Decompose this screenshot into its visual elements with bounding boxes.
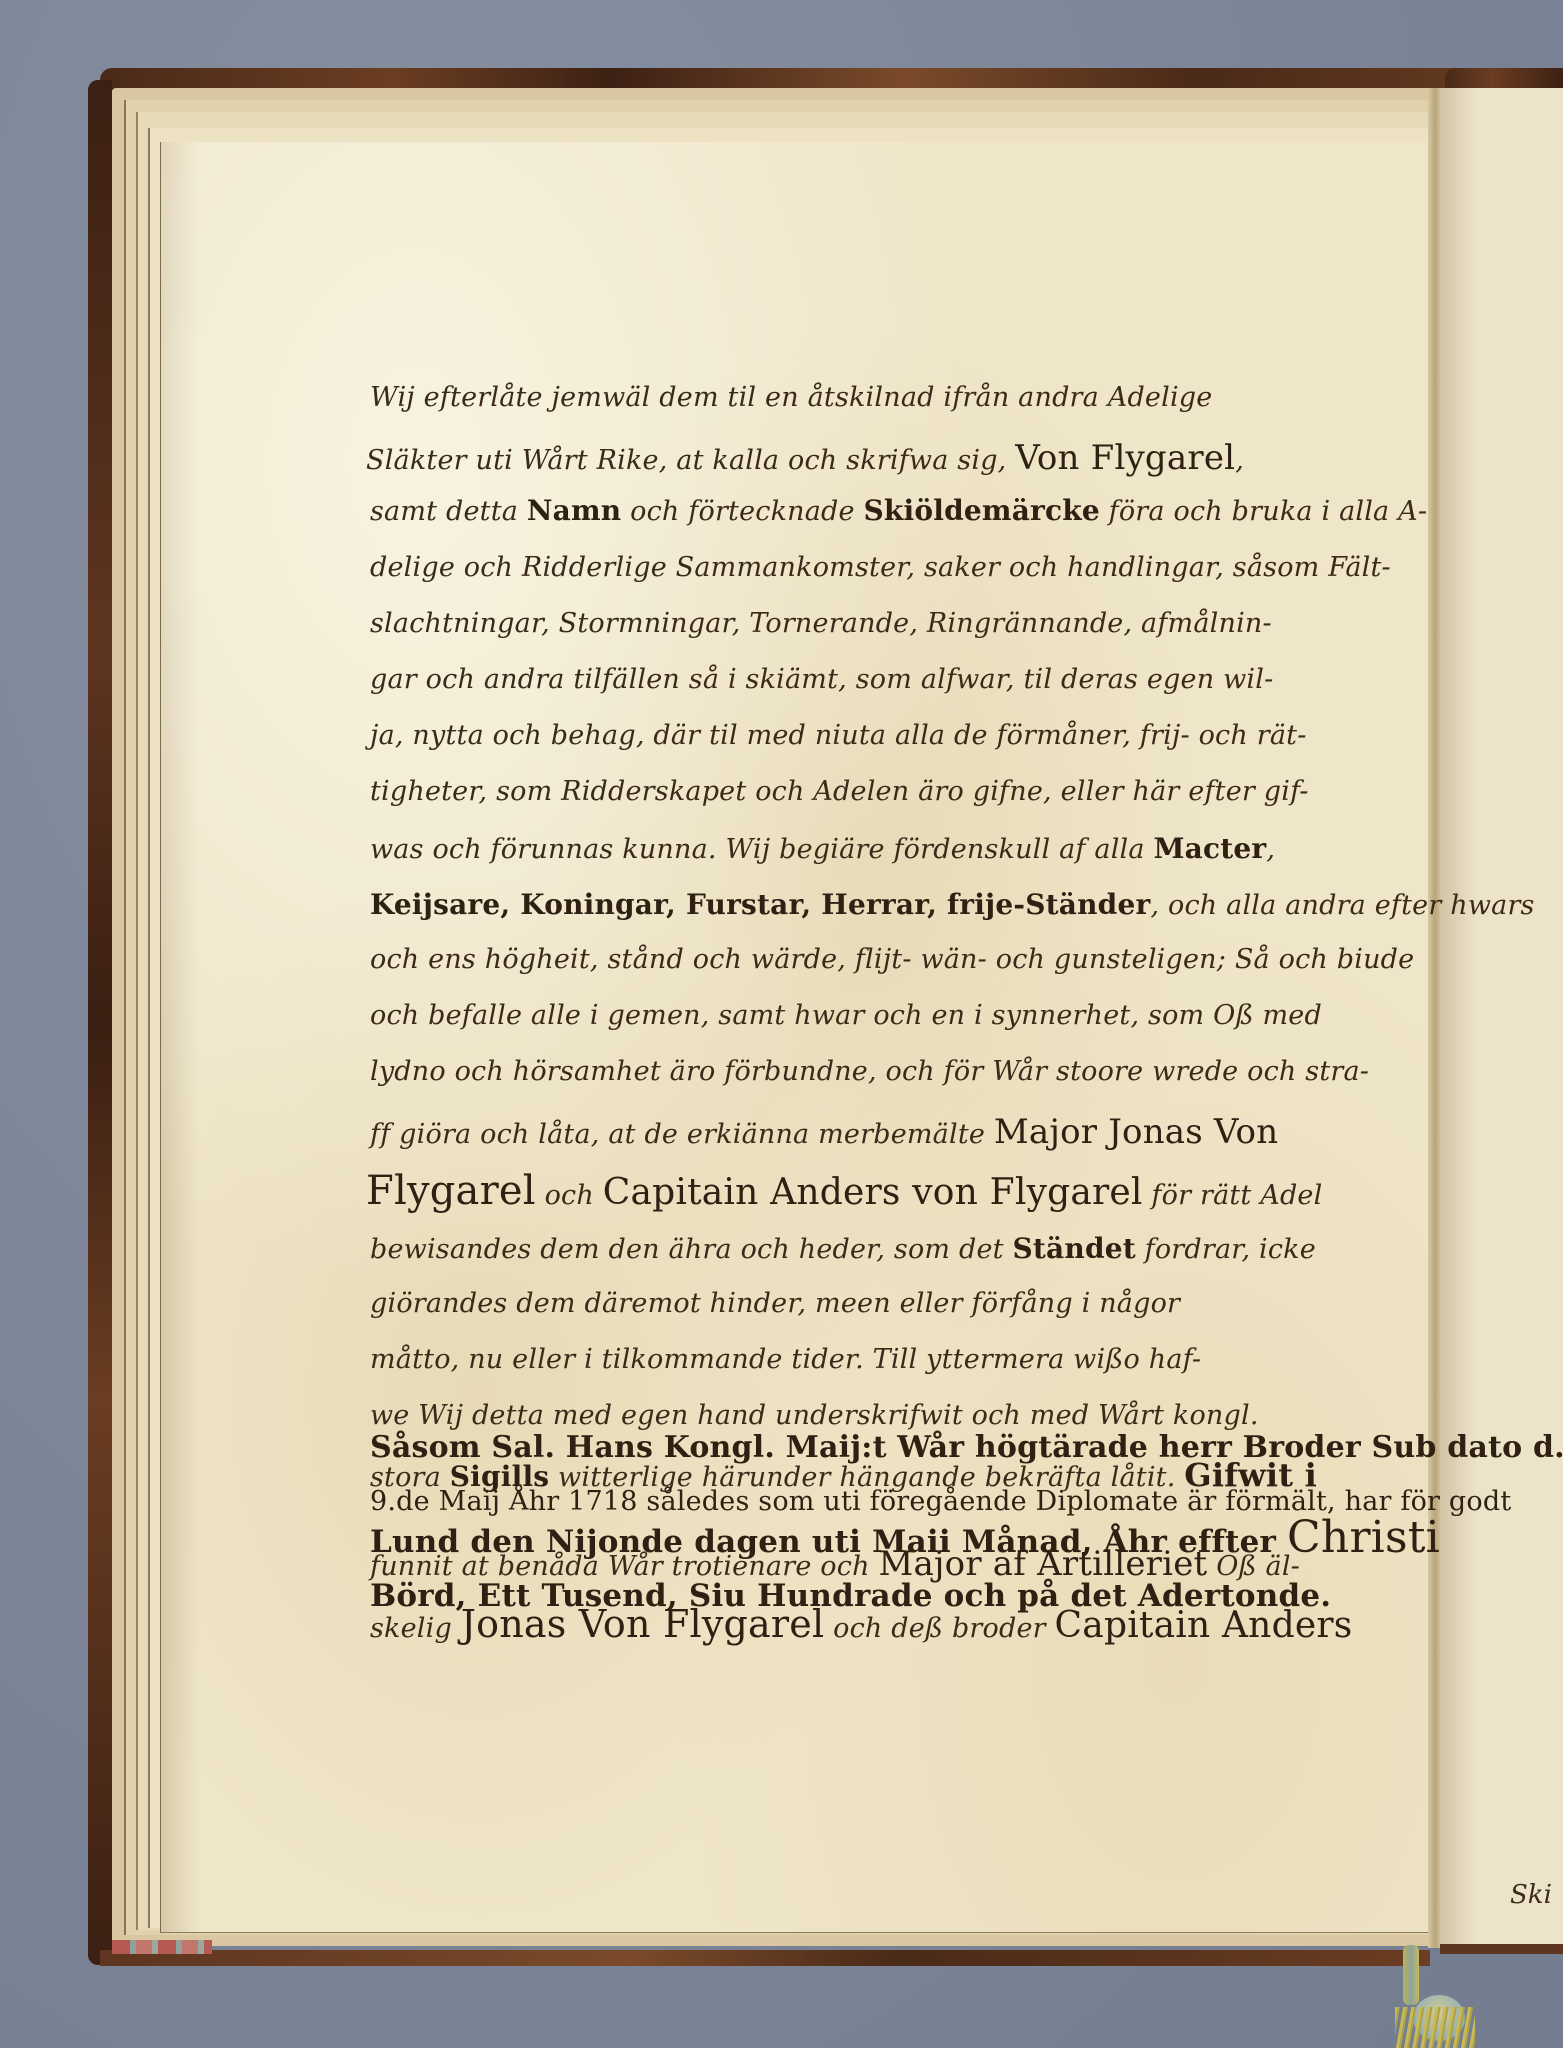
line-text: Wij efterlåte jemwäl dem til en åtskilna… [370,382,1212,413]
text-line: we Wij detta med egen hand underskrifwit… [370,1400,1259,1431]
line-text: och förtecknade [621,496,863,527]
word-emphasis: Ständet [1012,1232,1135,1265]
line-text: fordrar, icke [1136,1234,1316,1265]
line-text: , [1266,834,1275,865]
text-line: Flygarel och Capitain Anders von Flygare… [366,1168,1322,1214]
line-text: giörandes dem däremot hinder, meen eller… [370,1288,1180,1319]
text-line: samt detta Namn och förtecknade Skiöldem… [370,494,1427,527]
text-line: delige och Ridderlige Sammankomster, sak… [370,552,1391,583]
text-line: måtto, nu eller i tilkommande tider. Til… [370,1344,1201,1375]
text-line: och befalle alle i gemen, samt hwar och … [370,1000,1322,1031]
line-text: föra och bruka i alla A- [1100,496,1427,527]
leather-cover-bottom-edge [100,1950,1430,1966]
text-line: Wij efterlåte jemwäl dem til en åtskilna… [370,382,1212,413]
line-text: ja, nytta och behag, där til med niuta a… [370,720,1307,751]
line-text: lydno och hörsamhet äro förbundne, och f… [370,1056,1369,1087]
opening-emphasis: Såsom Sal. Hans Kongl. Maij:t Wår högtär… [370,1430,1563,1465]
line-text: gar och andra tilfällen så i skiämt, som… [370,664,1273,695]
text-line: Släkter uti Wårt Rike, at kalla och skri… [366,438,1244,478]
text-line: Såsom Sal. Hans Kongl. Maij:t Wår högtär… [370,1430,1563,1465]
text-line: funnit at benåda Wår trotienare och Majo… [370,1544,1300,1584]
tassel-fringe [1395,2007,1475,2048]
silk-cord [1403,1945,1419,2005]
leather-cover-top-edge [100,68,1563,90]
text-line: ja, nytta och behag, där til med niuta a… [370,720,1307,751]
marbled-endpaper-corner [112,1940,212,1954]
name-emphasis: Jonas Von Flygarel [461,1602,825,1646]
line-text: slachtningar, Stormningar, Tornerande, R… [370,608,1272,639]
text-line: och ens högheit, stånd och wärde, flijt-… [370,944,1414,975]
line-text: samt detta [370,496,527,527]
open-book: Ski Wij efterlåte jemwäl dem til en åtsk… [0,0,1563,2048]
name-emphasis: Major Jonas Von [994,1112,1278,1152]
text-line: gar och andra tilfällen så i skiämt, som… [370,664,1273,695]
titles-emphasis: Keijsare, Koningar, Furstar, Herrar, fri… [370,888,1150,921]
name-emphasis: Von Flygarel [1015,438,1235,478]
line-text: och [536,1180,603,1211]
right-manuscript-page [1440,88,1563,1948]
text-line: slachtningar, Stormningar, Tornerande, R… [370,608,1272,639]
name-emphasis: Capitain Anders von Flygarel [603,1172,1143,1213]
name-emphasis: Capitain Anders [1055,1605,1353,1646]
text-line: lydno och hörsamhet äro förbundne, och f… [370,1056,1369,1087]
text-line: tigheter, som Ridderskapet och Adelen är… [370,776,1309,807]
text-line: ff giöra och låta, at de erkiänna merbem… [370,1112,1278,1152]
date-emphasis: 9.de Maij Åhr 1718 således som uti föreg… [370,1486,1511,1517]
line-text: och deß broder [824,1613,1054,1644]
line-text: bewisandes dem den ähra och heder, som d… [370,1234,1012,1265]
text-line: was och förunnas kunna. Wij begiäre förd… [370,832,1275,865]
word-emphasis: Skiöldemärcke [864,494,1100,527]
line-text: Oß äl- [1207,1551,1300,1582]
word-emphasis: Namn [527,494,622,527]
line-text: skelig [370,1613,461,1644]
leather-cover-left-edge [88,80,112,1965]
line-text: tigheter, som Ridderskapet och Adelen är… [370,776,1309,807]
name-emphasis: Christi [1287,1512,1440,1563]
text-line: skelig Jonas Von Flygarel och deß broder… [370,1602,1352,1646]
word-emphasis: Macter [1153,832,1266,865]
text-line: Keijsare, Koningar, Furstar, Herrar, fri… [370,888,1535,921]
text-line: 9.de Maij Åhr 1718 således som uti föreg… [370,1486,1511,1517]
line-text: , [1235,445,1244,476]
seal-cord-tassel [1395,1945,1485,2048]
line-text: , och alla andra efter hwars [1150,890,1534,921]
text-line: bewisandes dem den ähra och heder, som d… [370,1232,1316,1265]
line-text: funnit at benåda Wår trotienare och [370,1551,878,1582]
leather-cover-right-top [1445,68,1563,88]
line-text: för rätt Adel [1143,1180,1323,1211]
line-text: we Wij detta med egen hand underskrifwit… [370,1400,1259,1431]
line-text: was och förunnas kunna. Wij begiäre förd… [370,834,1153,865]
name-emphasis: Flygarel [366,1168,536,1214]
line-text: och ens högheit, stånd och wärde, flijt-… [370,944,1414,975]
catchword: Ski [1510,1880,1552,1910]
line-text: och befalle alle i gemen, samt hwar och … [370,1000,1322,1031]
line-text: ff giöra och låta, at de erkiänna merbem… [370,1119,994,1150]
text-line: giörandes dem däremot hinder, meen eller… [370,1288,1180,1319]
line-text: måtto, nu eller i tilkommande tider. Til… [370,1344,1201,1375]
rank-emphasis: Major af Artilleriet [878,1544,1207,1584]
line-text: Släkter uti Wårt Rike, at kalla och skri… [366,445,1015,476]
line-text: delige och Ridderlige Sammankomster, sak… [370,552,1391,583]
